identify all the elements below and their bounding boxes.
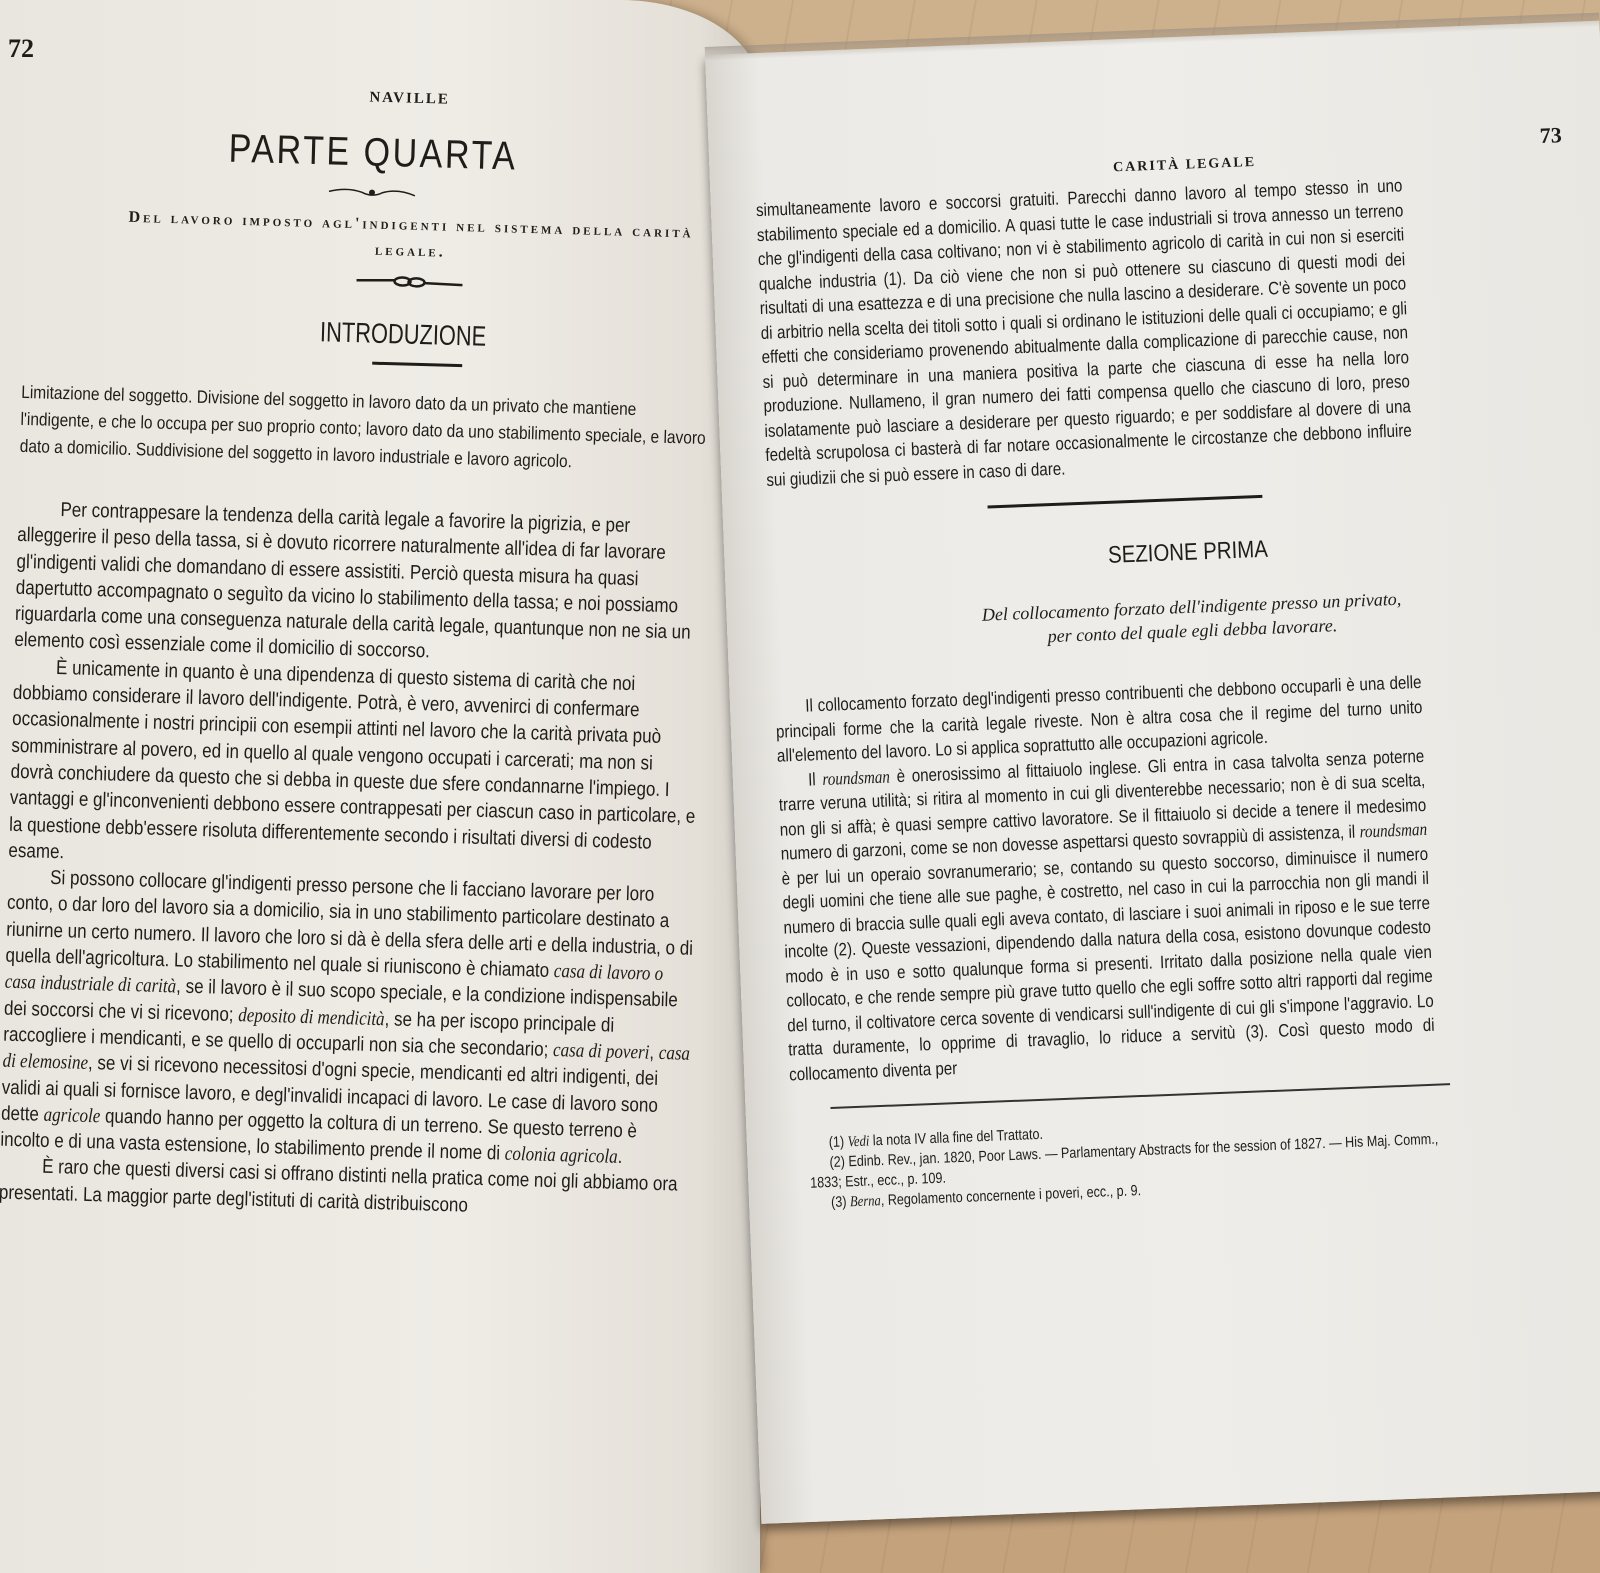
paragraph-text: . [617, 1146, 622, 1168]
paragraph: È unicamente in quanto è una dipendenza … [8, 654, 702, 884]
italic-term: roundsman [822, 766, 890, 789]
paragraph-text: è per lui un operaio sovranumerario; se,… [781, 843, 1435, 1084]
chapter-summary: Limitazione del soggetto. Divisione del … [19, 379, 709, 479]
footnotes: (1) Vedi la nota IV alla fine del Tratta… [792, 1109, 1458, 1214]
right-page-content: CARITÀ LEGALE simultaneamente lavoro e s… [753, 107, 1600, 1215]
running-head-left: NAVILLE [349, 89, 469, 109]
right-body-text-section: Il collocamento forzato degl'indigenti p… [775, 670, 1436, 1087]
paragraph-text: Il [808, 769, 823, 790]
section-title: SEZIONE PRIMA [831, 526, 1529, 581]
italic-term: casa di poveri [553, 1039, 650, 1064]
right-page: 73 CARITÀ LEGALE simultaneamente lavoro … [705, 21, 1600, 1524]
italic-term: roundsman [1359, 819, 1427, 842]
section-rule [988, 495, 1263, 509]
paragraph: simultaneamente lavoro e soccorsi gratui… [756, 173, 1414, 492]
section-subtitle: Del collocamento forzato dell'indigente … [771, 579, 1592, 658]
italic-term: agricole [43, 1104, 100, 1128]
part-title: PARTE QUARTA [79, 122, 667, 183]
paragraph: Il roundsman è onerosissimo al fittaiuol… [777, 743, 1436, 1086]
italic-term: Vedi [847, 1133, 869, 1150]
left-page-content: NAVILLE PARTE QUARTA Del lavoro imposto … [0, 80, 720, 1225]
left-body-text: Per contrappesare la tendenza della cari… [0, 496, 707, 1225]
paragraph: Per contrappesare la tendenza della cari… [14, 496, 707, 673]
introduction-title: INTRODUZIONE [99, 310, 638, 357]
footnote-marker: (3) [831, 1193, 847, 1211]
left-page: 72 NAVILLE PARTE QUARTA Del lavoro impos… [0, 0, 760, 1573]
paragraph: Si possono collocare gl'indigenti presso… [0, 864, 696, 1172]
page-number-left: 72 [8, 34, 34, 64]
italic-term: deposito di mendicità [238, 1004, 385, 1030]
italic-term: colonia agricola [505, 1143, 618, 1168]
italic-term: Berna [850, 1193, 881, 1210]
footnote-rule [830, 1083, 1450, 1109]
footnote-marker: (1) [828, 1133, 844, 1151]
footnote-marker: (2) [829, 1153, 845, 1171]
introduction-rule [372, 362, 462, 368]
part-subtitle: Del lavoro imposto agl'indigenti nel sis… [25, 202, 716, 273]
right-body-text: simultaneamente lavoro e soccorsi gratui… [756, 173, 1414, 492]
